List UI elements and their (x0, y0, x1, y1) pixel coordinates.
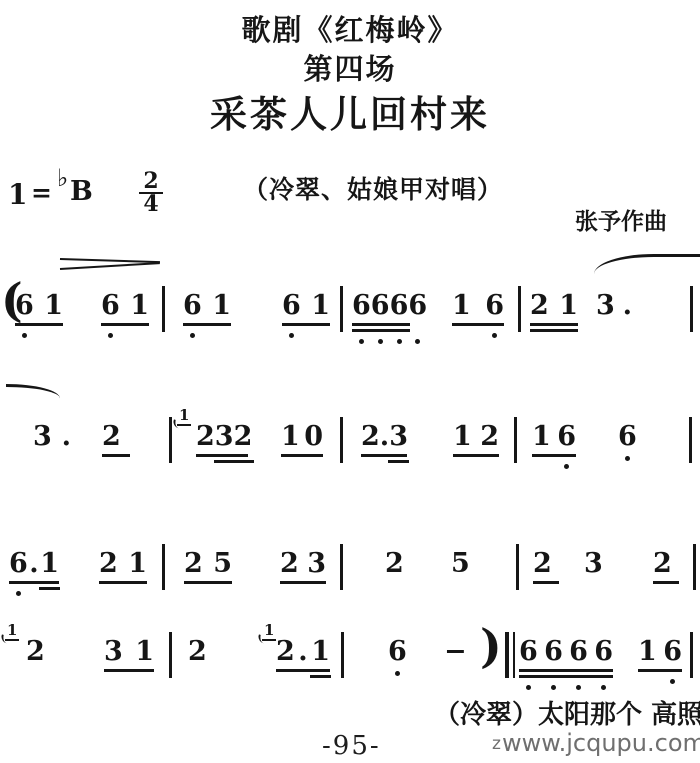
beam-line-partial (214, 460, 254, 463)
barline (341, 632, 344, 678)
note: 3 (584, 550, 603, 578)
barline (340, 417, 343, 463)
page-number: -95- (322, 731, 381, 761)
barline (690, 286, 693, 332)
note-group: 61 (101, 292, 149, 320)
note-row: 16 (452, 292, 504, 320)
beam-line-partial (388, 460, 409, 463)
note: 1 (212, 292, 231, 320)
note: 6 (388, 638, 407, 666)
beam-line (361, 454, 407, 457)
note: 6 (519, 638, 538, 666)
note: 2 (480, 423, 499, 451)
beam-line (519, 669, 613, 672)
note-group: 61 (282, 292, 330, 320)
note: 2 (385, 550, 404, 578)
beam-line (530, 323, 578, 326)
octave-dot (564, 464, 569, 469)
note: 1 (135, 638, 154, 666)
note: 2 (361, 423, 380, 451)
watermark-mark: z (492, 734, 501, 754)
octave-dot (601, 685, 606, 690)
octave-dot (395, 671, 400, 676)
note: 3 (596, 292, 615, 320)
grace-note-digit: 1 (177, 408, 191, 426)
beam-line (281, 454, 323, 457)
note-row: 6666 (519, 638, 613, 666)
octave-dot (576, 685, 581, 690)
octave-dot (378, 339, 383, 344)
note-group: 2 (102, 423, 130, 451)
barline (169, 417, 172, 463)
barline (516, 544, 519, 590)
note-group: 16 (532, 423, 576, 451)
note: 6 (594, 638, 613, 666)
note: − (444, 638, 467, 666)
music-line-3: 6.121252325232 (0, 520, 700, 610)
beam-line (280, 581, 326, 584)
note-group: 21 (530, 292, 578, 320)
beam-line (101, 323, 149, 326)
beam-line (530, 329, 578, 332)
octave-dot (397, 339, 402, 344)
note-group: 2 (533, 550, 559, 578)
beam-line (452, 323, 504, 326)
note-group: 6.1 (9, 550, 59, 578)
octave-dot (625, 456, 630, 461)
note: 1 (311, 638, 330, 666)
note: 3 (307, 550, 326, 578)
grace-note: 1 (262, 620, 276, 641)
octave-dot (359, 339, 364, 344)
beam-line (352, 323, 410, 326)
close-parenthesis: ) (480, 622, 502, 670)
note-group: 2.3 (361, 423, 407, 451)
note-group: 61 (183, 292, 231, 320)
note: 2 (184, 550, 203, 578)
note: 6 (352, 292, 371, 320)
note-group: 2 (188, 638, 206, 666)
beam-line (102, 454, 130, 457)
note-row: 2 (188, 638, 206, 666)
octave-dot (108, 333, 113, 338)
note-row: 61 (15, 292, 63, 320)
note: 2 (280, 550, 299, 578)
note: 2 (653, 550, 672, 578)
note: 6 (408, 292, 427, 320)
beam-line (9, 581, 59, 584)
note: 6 (390, 292, 409, 320)
note-row: 61 (183, 292, 231, 320)
note-row: 10 (281, 423, 323, 451)
note-group: − (444, 638, 466, 666)
note-row: − (444, 638, 466, 666)
note: 2 (196, 423, 215, 451)
octave-dot (289, 333, 294, 338)
note: 1 (130, 292, 149, 320)
beam-line (653, 581, 679, 584)
grace-note: 1 (177, 405, 191, 426)
note: 1 (559, 292, 578, 320)
barline (689, 417, 692, 463)
beam-line (352, 329, 410, 332)
barline (162, 544, 165, 590)
note: 6 (485, 292, 504, 320)
note-row: 6 (388, 638, 406, 666)
barline (690, 632, 693, 678)
octave-dot (22, 333, 27, 338)
watermark-text: www.jcqupu.com (502, 729, 700, 757)
note-row: 2 (26, 638, 44, 666)
note-row: 2 (533, 550, 559, 578)
note: 6 (371, 292, 390, 320)
note: 5 (213, 550, 232, 578)
music-line-2: 3.21232102.312166 (0, 393, 700, 483)
grace-note: 1 (5, 620, 19, 641)
note-row: 31 (104, 638, 154, 666)
beam-line (15, 323, 63, 326)
note-row: 6666 (352, 292, 410, 320)
note-group: 3. (33, 423, 71, 451)
tie-slur-to-next-line (594, 254, 700, 277)
beam-line (196, 454, 248, 457)
note-group: 12 (453, 423, 499, 451)
note-row: 61 (101, 292, 149, 320)
sheet-music-page: 歌剧《红梅岭》 第四场 采茶人儿回村来 1 = ♭ B 2 4 （冷翠、姑娘甲对… (0, 0, 700, 763)
beam-line (453, 454, 499, 457)
barline (518, 286, 521, 332)
grace-note-digit: 1 (262, 623, 276, 641)
note-row: 2 (102, 423, 130, 451)
note: 6 (9, 550, 28, 578)
note: 6 (544, 638, 563, 666)
note: 6 (101, 292, 120, 320)
note-group: 2 (385, 550, 403, 578)
note: 1 (311, 292, 330, 320)
octave-dot (16, 591, 21, 596)
note-group: 3. (596, 292, 632, 320)
note-row: 3. (596, 292, 632, 320)
note-group: 2 (653, 550, 679, 578)
note-row: 2.1 (276, 638, 330, 666)
note-group: 23 (280, 550, 326, 578)
note-row: 21 (99, 550, 147, 578)
octave-dot (190, 333, 195, 338)
beam-line (519, 675, 613, 678)
note: 1 (452, 292, 471, 320)
barline (693, 544, 696, 590)
octave-dot (551, 685, 556, 690)
barline (169, 632, 172, 678)
decrescendo-hairpin (60, 257, 160, 271)
note: 2 (533, 550, 552, 578)
note-group: 61 (15, 292, 63, 320)
note: 6 (663, 638, 682, 666)
note-group: 6 (388, 638, 406, 666)
note: 2 (102, 423, 121, 451)
note-group: 2 (26, 638, 44, 666)
note-row: 232 (196, 423, 248, 451)
beam-line (104, 669, 154, 672)
note-row: 25 (184, 550, 232, 578)
note-group: 5 (451, 550, 469, 578)
note: 5 (451, 550, 470, 578)
note: 3 (33, 423, 52, 451)
note: 6 (183, 292, 202, 320)
note-group: 6666 (519, 638, 613, 666)
note-group: 2.1 (276, 638, 330, 666)
note-row: 12 (453, 423, 499, 451)
beam-line-partial (310, 675, 331, 678)
beam-line (532, 454, 576, 457)
octave-dot (492, 333, 497, 338)
music-line-4: 1231212.16−)666616 (0, 608, 700, 698)
beam-line (184, 581, 232, 584)
octave-dot (415, 339, 420, 344)
note: 1 (40, 550, 59, 578)
note-row: 5 (451, 550, 469, 578)
barline (162, 286, 165, 332)
beam-line (638, 669, 682, 672)
tie-slur-from-prev-line (6, 384, 60, 403)
score-area: (61616161666616213.3.21232102.3121666.12… (0, 0, 700, 763)
note: 2 (99, 550, 118, 578)
music-line-1: (61616161666616213. (0, 262, 700, 352)
note-group: 10 (281, 423, 323, 451)
barline (340, 286, 343, 332)
beam-line (533, 581, 559, 584)
note: 1 (281, 423, 300, 451)
note: 1 (44, 292, 63, 320)
watermark: zwww.jcqupu.com (492, 729, 700, 757)
note: . (29, 550, 38, 578)
note: 2 (26, 638, 45, 666)
note-group: 3 (584, 550, 602, 578)
octave-dot (526, 685, 531, 690)
note-row: 2.3 (361, 423, 407, 451)
note-group: 6666 (352, 292, 410, 320)
note: . (380, 423, 389, 451)
beam-line (99, 581, 147, 584)
note-row: 21 (530, 292, 578, 320)
note-group: 16 (638, 638, 682, 666)
note-row: 16 (638, 638, 682, 666)
note: . (623, 292, 632, 320)
note-row: 23 (280, 550, 326, 578)
barline (514, 417, 517, 463)
note-group: 31 (104, 638, 154, 666)
note: 0 (304, 423, 323, 451)
note-group: 16 (452, 292, 504, 320)
note-row: 6.1 (9, 550, 59, 578)
note: 3 (215, 423, 234, 451)
note: 6 (557, 423, 576, 451)
note: 6 (618, 423, 637, 451)
note: 1 (453, 423, 472, 451)
note-row: 3. (33, 423, 71, 451)
beam-line (276, 669, 330, 672)
note: 3 (389, 423, 408, 451)
note: 6 (569, 638, 588, 666)
beam-line-partial (39, 587, 60, 590)
note-row: 3 (584, 550, 602, 578)
note-group: 6 (618, 423, 636, 451)
note-row: 6 (618, 423, 636, 451)
note-group: 21 (99, 550, 147, 578)
note-row: 2 (385, 550, 403, 578)
note: . (298, 638, 307, 666)
note: 1 (128, 550, 147, 578)
note: 1 (532, 423, 551, 451)
note: 6 (15, 292, 34, 320)
note: 1 (638, 638, 657, 666)
barline (340, 544, 343, 590)
double-barline (505, 632, 515, 678)
note-group: 25 (184, 550, 232, 578)
note-group: 232 (196, 423, 248, 451)
lyric-line: （冷翠）太阳那个 高照 (434, 694, 700, 731)
note: 6 (282, 292, 301, 320)
beam-line (282, 323, 330, 326)
note: 3 (104, 638, 123, 666)
note-row: 16 (532, 423, 576, 451)
note: 2 (530, 292, 549, 320)
note: 2 (188, 638, 207, 666)
beam-line (183, 323, 231, 326)
note: 2 (234, 423, 253, 451)
note: 2 (276, 638, 295, 666)
note: . (62, 423, 71, 451)
grace-note-digit: 1 (5, 623, 19, 641)
octave-dot (670, 679, 675, 684)
note-row: 61 (282, 292, 330, 320)
note-row: 2 (653, 550, 679, 578)
